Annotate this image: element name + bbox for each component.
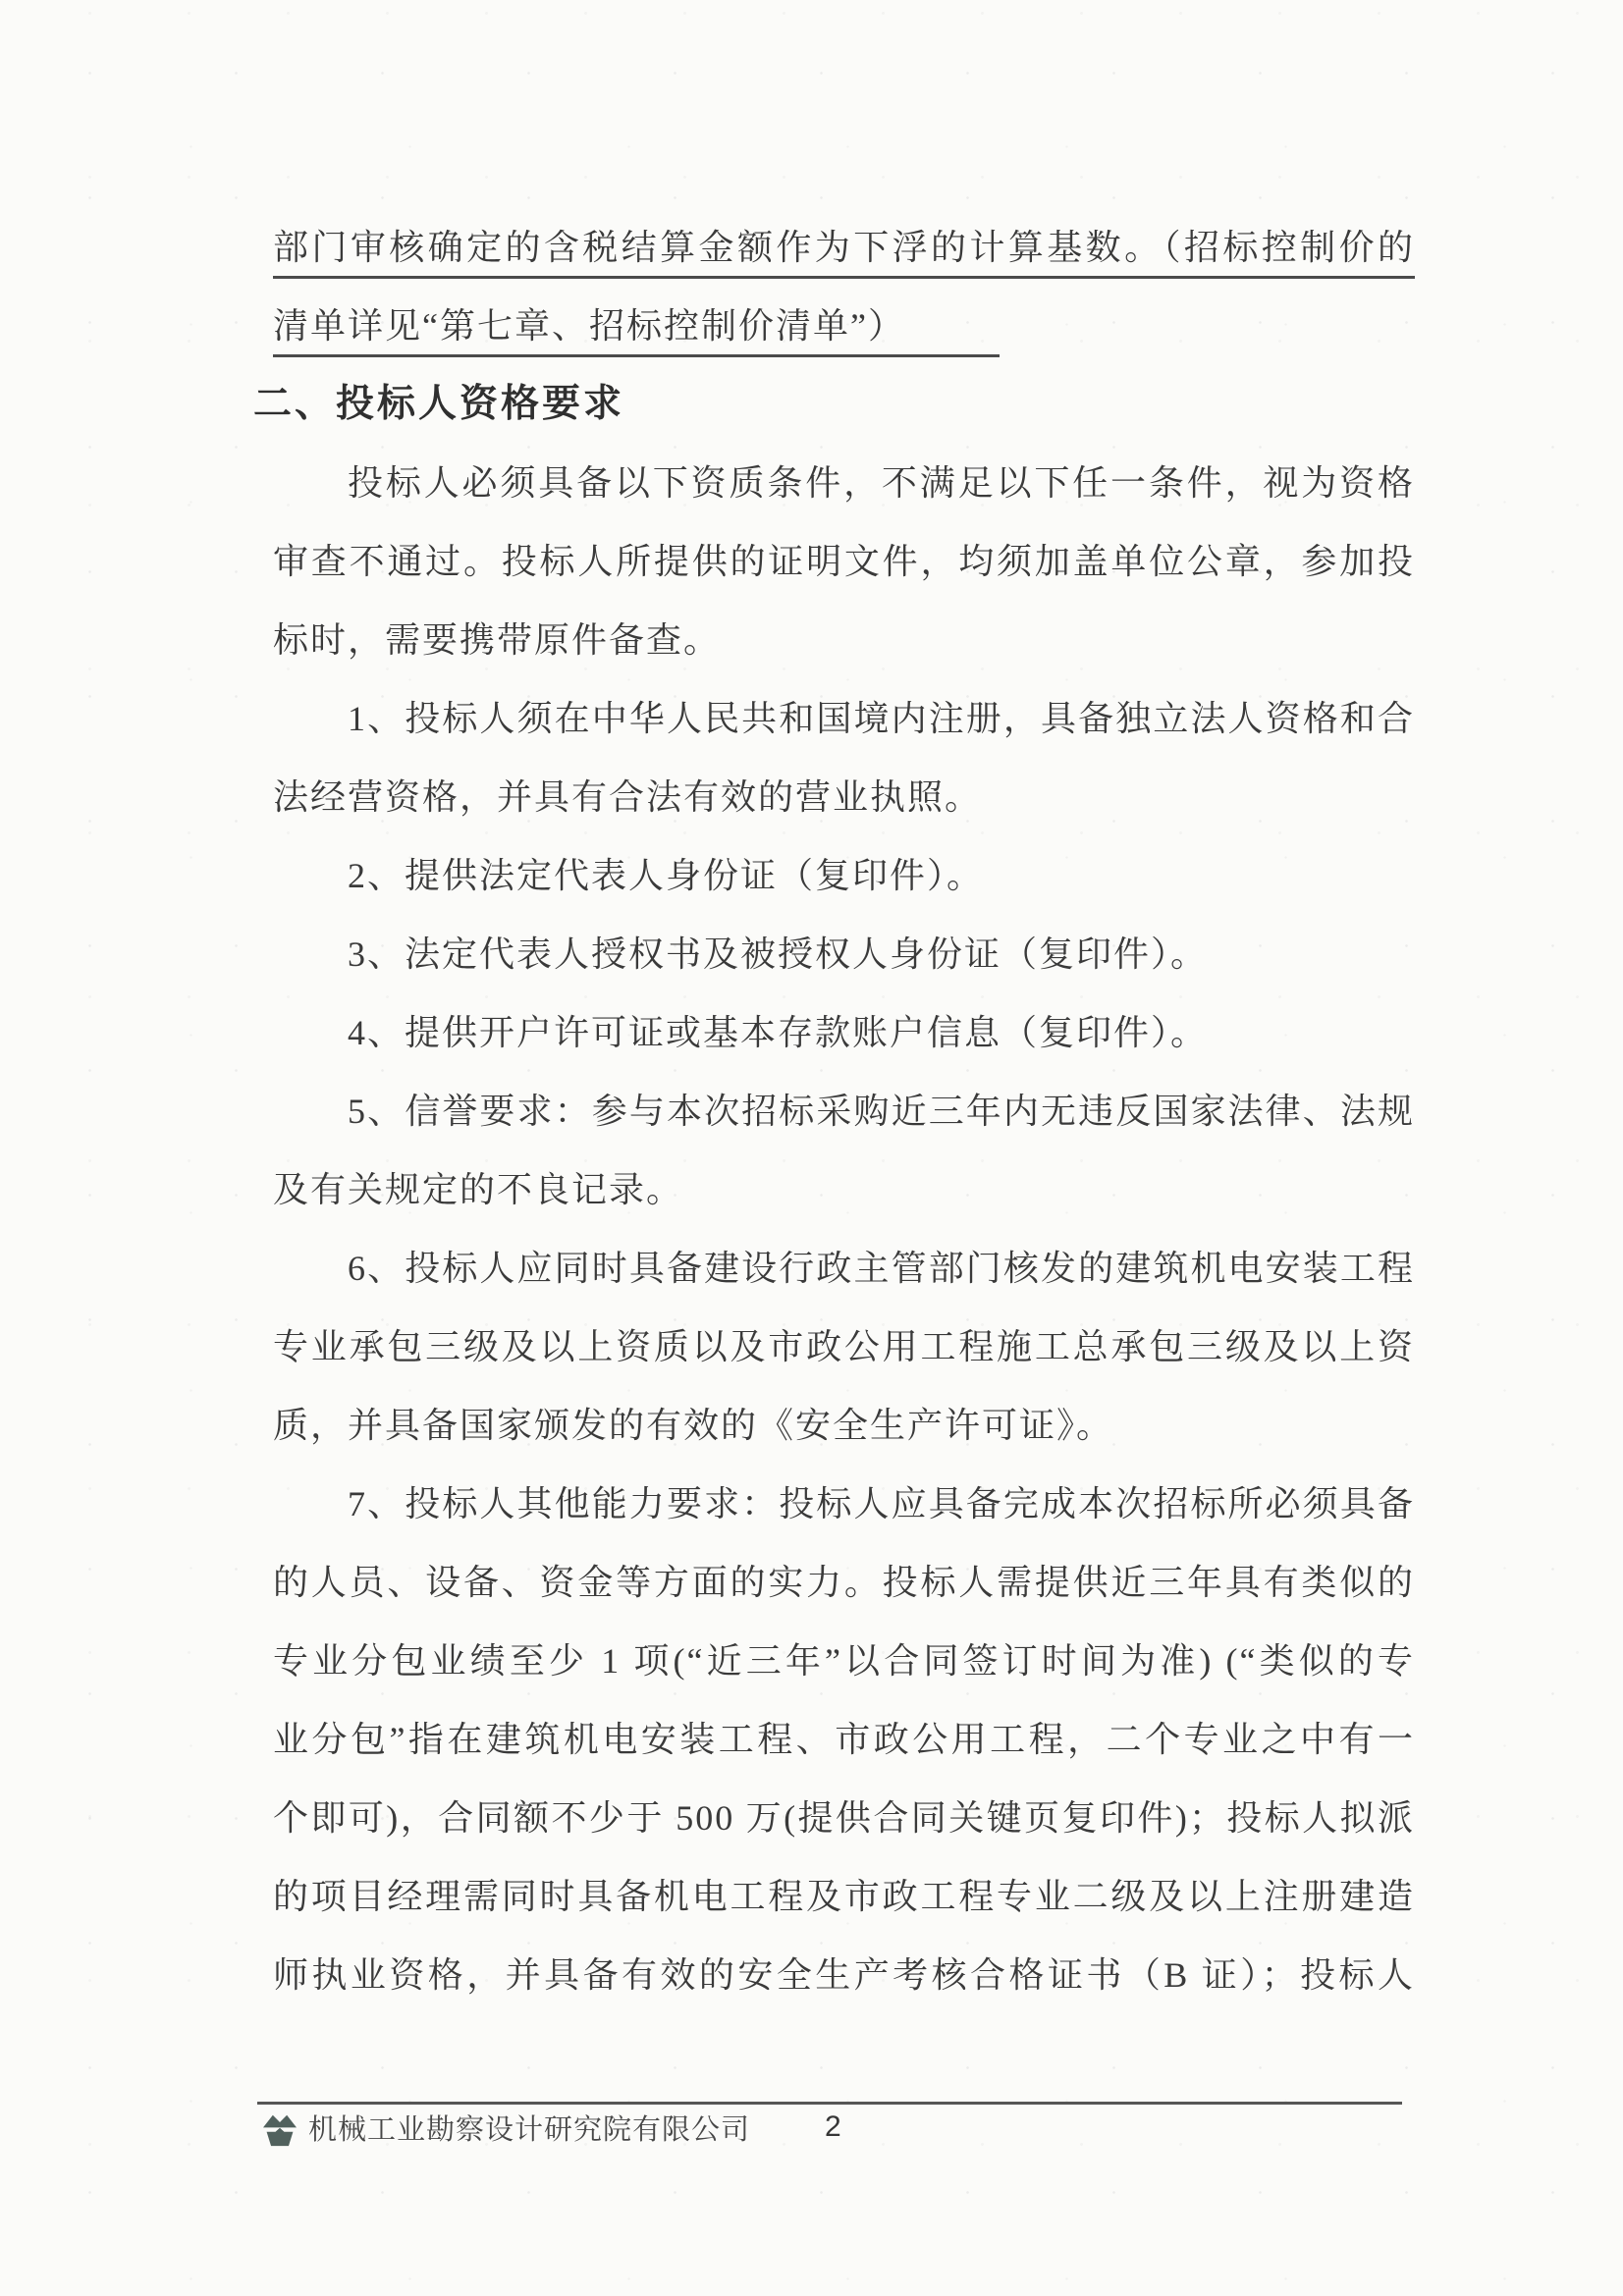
text-line: 法经营资格，并具有合法有效的营业执照。: [273, 758, 1415, 836]
underlined-text: 部门审核确定的含税结算金额作为下浮的计算基数。（招标控制价的: [273, 228, 1415, 279]
text-line: 师执业资格，并具备有效的安全生产考核合格证书（B 证）；投标人: [273, 1936, 1415, 2014]
underlined-text: 清单详见“第七章、招标控制价清单”）: [273, 306, 1000, 357]
text-line: 标时，需要携带原件备查。: [273, 601, 1415, 679]
list-item-5-line: 5、信誉要求：参与本次招标采购近三年内无违反国家法律、法规: [273, 1072, 1415, 1150]
text-line: 投标人必须具备以下资质条件，不满足以下任一条件，视为资格: [273, 444, 1415, 522]
list-item-7-line: 7、投标人其他能力要求：投标人应具备完成本次招标所必须具备: [273, 1465, 1415, 1543]
scanned-document-page: { "document": { "lines": [ "部门审核确定的含税结算金…: [0, 0, 1623, 2296]
text-line: 的人员、设备、资金等方面的实力。投标人需提供近三年具有类似的: [273, 1543, 1415, 1622]
text-line: 审查不通过。投标人所提供的证明文件，均须加盖单位公章，参加投: [273, 522, 1415, 601]
text-line: 及有关规定的不良记录。: [273, 1150, 1415, 1229]
underlined-text-line: 部门审核确定的含税结算金额作为下浮的计算基数。（招标控制价的: [273, 208, 1415, 287]
footer-divider: [257, 2102, 1402, 2105]
document-body: 部门审核确定的含税结算金额作为下浮的计算基数。（招标控制价的 清单详见“第七章、…: [273, 208, 1415, 2014]
list-item-3-line: 3、法定代表人授权书及被授权人身份证（复印件）。: [273, 915, 1415, 993]
page-number: 2: [825, 2110, 841, 2144]
list-item-2-line: 2、提供法定代表人身份证（复印件）。: [273, 836, 1415, 915]
text-line: 业分包”指在建筑机电安装工程、市政公用工程，二个专业之中有一: [273, 1700, 1415, 1779]
list-item-6-line: 6、投标人应同时具备建设行政主管部门核发的建筑机电安装工程: [273, 1229, 1415, 1308]
logo-peaks-shape: [263, 2115, 297, 2128]
section-heading: 二、投标人资格要求: [253, 365, 1415, 444]
text-line: 个即可)，合同额不少于 500 万(提供合同关键页复印件)；投标人拟派: [273, 1779, 1415, 1857]
logo-base-shape: [267, 2128, 294, 2146]
underlined-text-line: 清单详见“第七章、招标控制价清单”）: [273, 287, 1415, 365]
page-footer: 机械工业勘察设计研究院有限公司 2: [259, 2109, 1404, 2152]
text-line: 质，并具备国家颁发的有效的《安全生产许可证》。: [273, 1386, 1415, 1465]
text-line: 专业承包三级及以上资质以及市政公用工程施工总承包三级及以上资: [273, 1308, 1415, 1386]
text-line: 专业分包业绩至少 1 项(“近三年”以合同签订时间为准) (“类似的专: [273, 1622, 1415, 1700]
list-item-4-line: 4、提供开户许可证或基本存款账户信息（复印件）。: [273, 993, 1415, 1072]
list-item-1-line: 1、投标人须在中华人民共和国境内注册，具备独立法人资格和合: [273, 679, 1415, 758]
company-name: 机械工业勘察设计研究院有限公司: [308, 2109, 750, 2152]
company-logo-icon: [261, 2113, 298, 2147]
text-line: 的项目经理需同时具备机电工程及市政工程专业二级及以上注册建造: [273, 1857, 1415, 1936]
